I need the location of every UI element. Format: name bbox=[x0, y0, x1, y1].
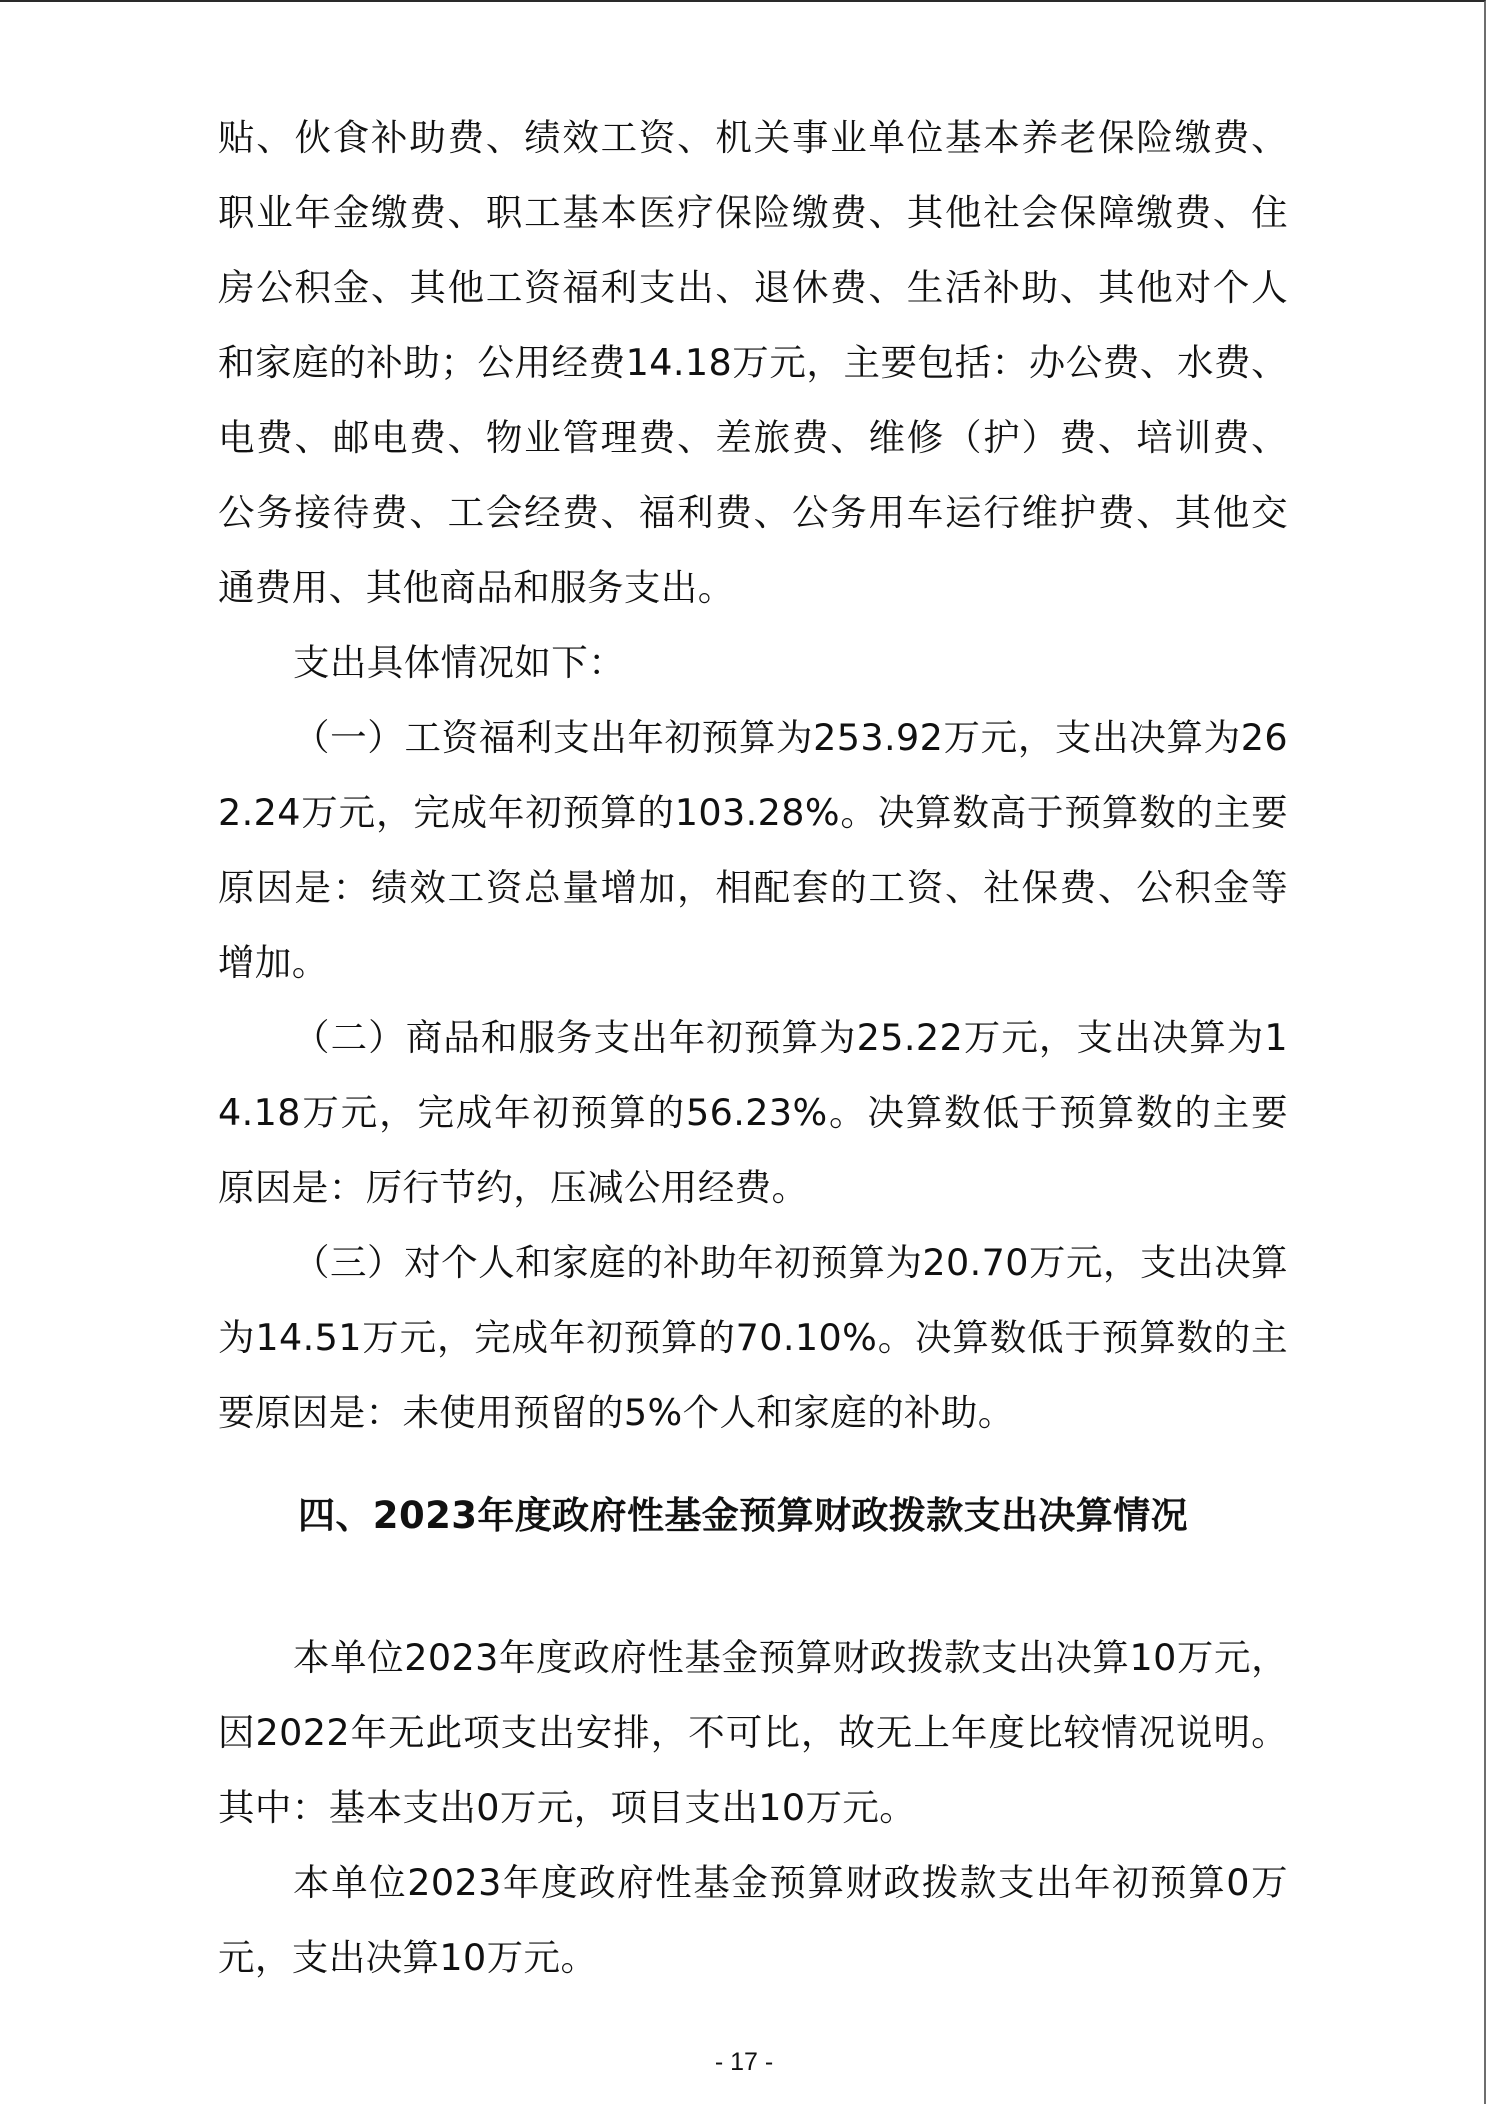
section-heading-government-fund: 四、2023年度政府性基金预算财政拨款支出决算情况 bbox=[298, 1486, 1188, 1546]
paragraph-goods-services: （二）商品和服务支出年初预算为25.22万元，支出决算为14.18万元，完成年初… bbox=[218, 1000, 1288, 1225]
paragraph-details-intro: 支出具体情况如下： bbox=[218, 625, 1288, 700]
body-text-bottom: 本单位2023年度政府性基金预算财政拨款支出决算10万元，因2022年无此项支出… bbox=[218, 1620, 1288, 1995]
paragraph-government-fund-budget: 本单位2023年度政府性基金预算财政拨款支出年初预算0万元，支出决算10万元。 bbox=[218, 1845, 1288, 1995]
document-page: 贴、伙食补助费、绩效工资、机关事业单位基本养老保险缴费、职业年金缴费、职工基本医… bbox=[0, 0, 1486, 2104]
paragraph-government-fund-summary: 本单位2023年度政府性基金预算财政拨款支出决算10万元，因2022年无此项支出… bbox=[218, 1620, 1288, 1845]
paragraph-expense-list-continued: 贴、伙食补助费、绩效工资、机关事业单位基本养老保险缴费、职业年金缴费、职工基本医… bbox=[218, 100, 1288, 625]
body-text-top: 贴、伙食补助费、绩效工资、机关事业单位基本养老保险缴费、职业年金缴费、职工基本医… bbox=[218, 100, 1288, 1450]
paragraph-wages-welfare: （一）工资福利支出年初预算为253.92万元，支出决算为262.24万元，完成年… bbox=[218, 700, 1288, 1000]
page-number: - 17 - bbox=[0, 2046, 1488, 2078]
paragraph-individual-family-subsidies: （三）对个人和家庭的补助年初预算为20.70万元，支出决算为14.51万元，完成… bbox=[218, 1225, 1288, 1450]
